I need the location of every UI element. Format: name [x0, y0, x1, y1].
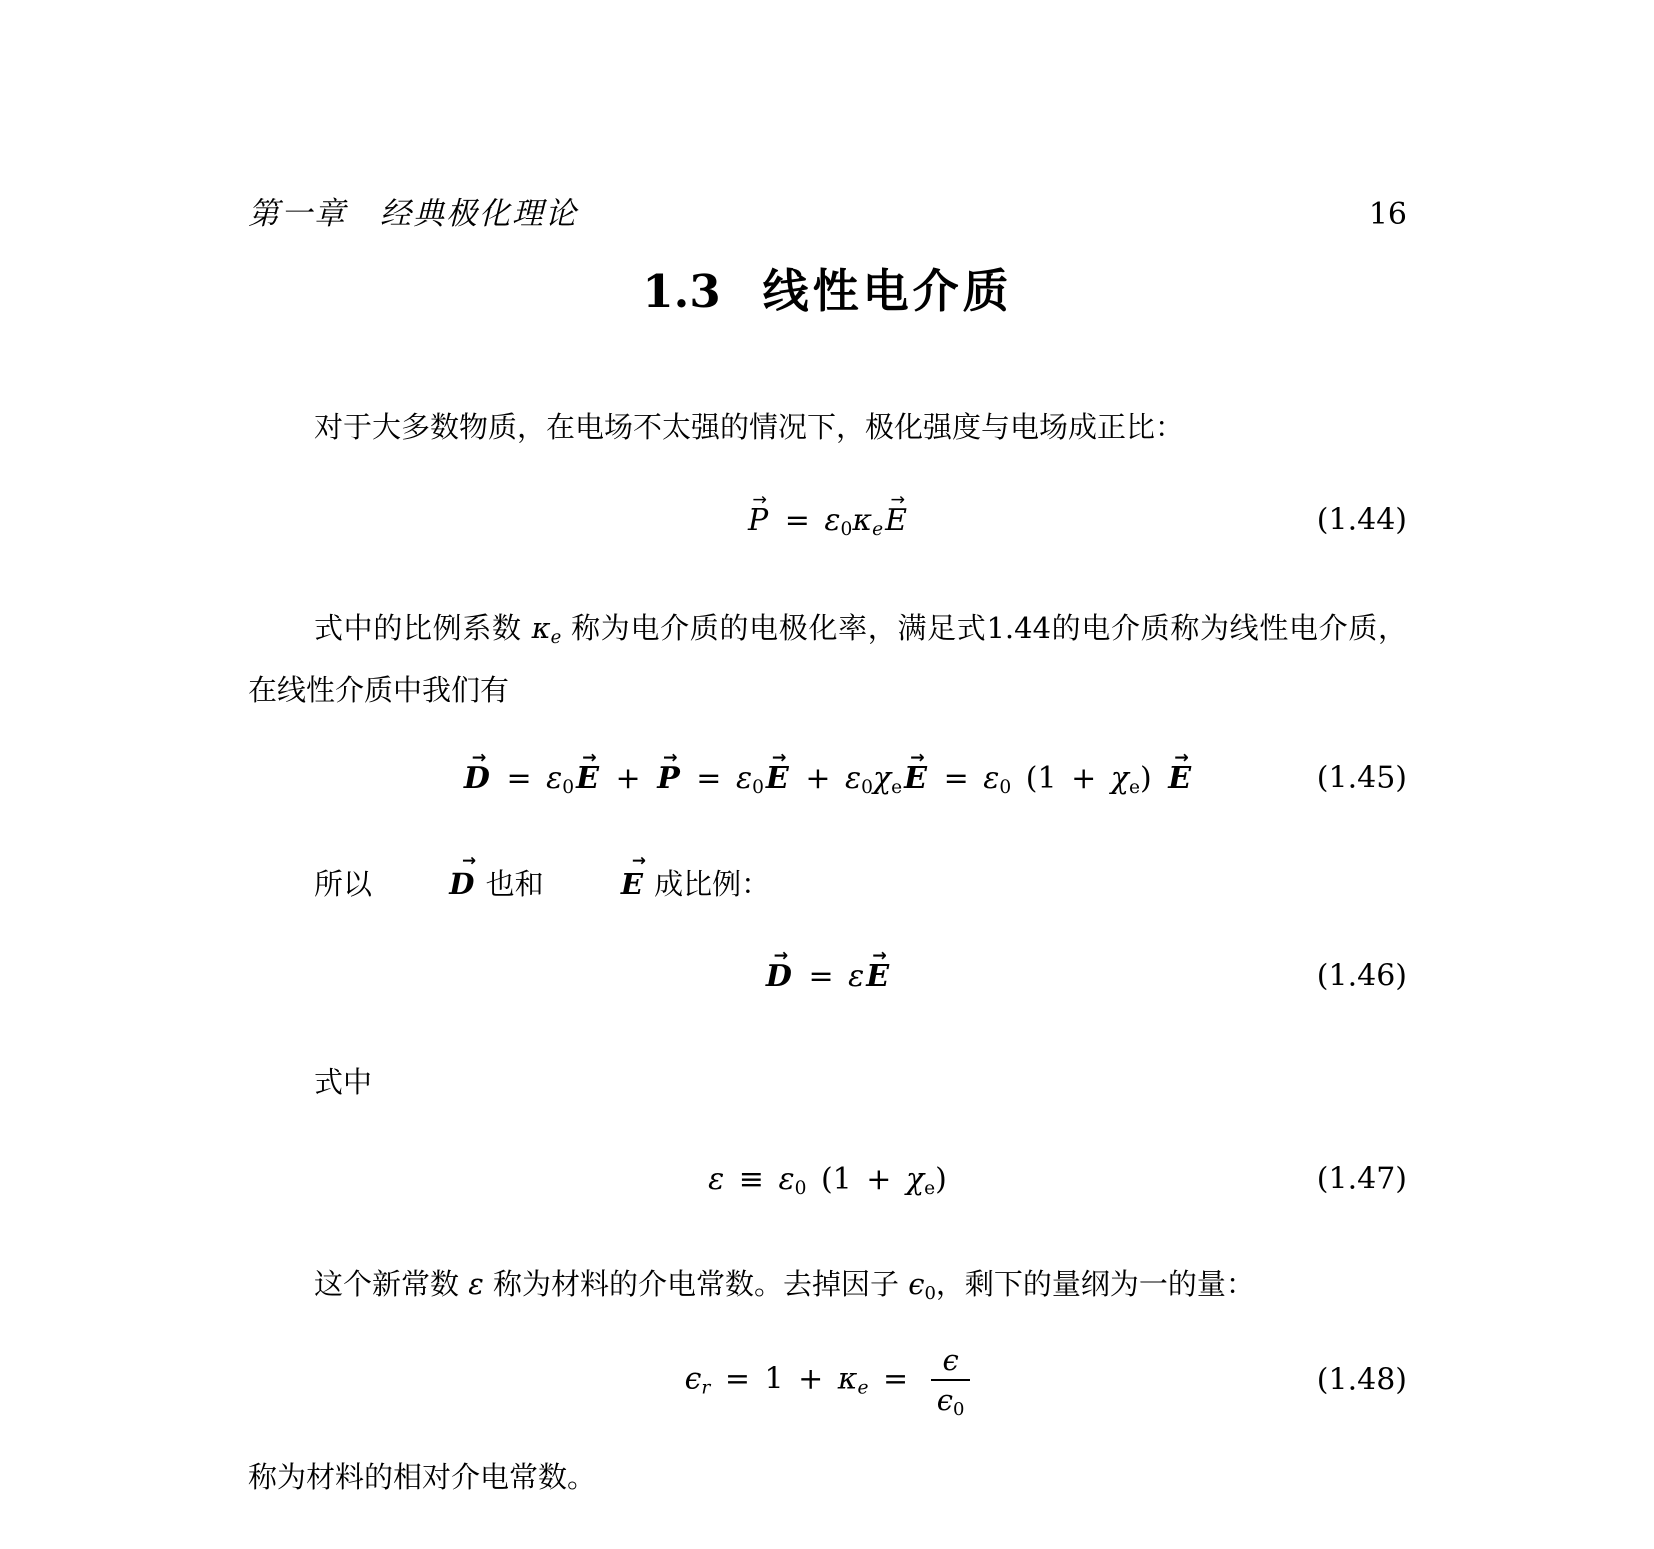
page-header: 第一章 经典极化理论 16	[248, 188, 1407, 233]
chapter-running-header: 第一章 经典极化理论	[248, 188, 578, 233]
vector-E: →E	[766, 761, 789, 796]
equation-number-1-44: (1.44)	[1317, 503, 1407, 538]
page-number: 16	[1369, 197, 1407, 232]
equation-row-1-48: ϵr = 1 + κe = ϵϵ0 (1.48)	[248, 1330, 1407, 1430]
vector-D: →D	[383, 862, 474, 906]
vector-arrow-icon: →	[872, 948, 887, 965]
vector-arrow-icon: →	[396, 852, 476, 869]
vector-arrow-icon: →	[1174, 750, 1189, 767]
equation-1-46: →D = ε→E	[764, 959, 891, 994]
equation-row-1-45: →D = ε0→E + →P = ε0→E + ε0χe→E = ε0 (1 +…	[248, 748, 1407, 808]
vector-arrow-icon: →	[910, 750, 925, 767]
vector-arrow-icon: →	[582, 750, 597, 767]
equation-number-1-46: (1.46)	[1317, 959, 1407, 994]
vector-arrow-icon: →	[774, 948, 789, 965]
equation-1-45: →D = ε0→E + →P = ε0→E + ε0χe→E = ε0 (1 +…	[462, 761, 1193, 796]
equation-row-1-47: ε ≡ ε0 (1 + χe) (1.47)	[248, 1151, 1407, 1207]
section-title: 1.3线性电介质	[248, 266, 1407, 317]
vector-P: →P	[748, 503, 768, 538]
equation-number-1-45: (1.45)	[1317, 761, 1407, 796]
vector-E: →E	[555, 862, 643, 906]
equation-number-1-48: (1.48)	[1317, 1363, 1407, 1398]
vector-D: →D	[464, 761, 490, 796]
paragraph-permittivity: 这个新常数 ε 称为材料的介电常数。去掉因子 ϵ0，剩下的量纲为一的量：	[248, 1262, 1407, 1306]
vector-arrow-icon: →	[566, 852, 646, 869]
vector-arrow-icon: →	[752, 492, 767, 509]
paragraph-susceptibility: 式中的比例系数 κe 称为电介质的电极化率，满足式1.44的电介质称为线性电介质…	[248, 597, 1407, 721]
equation-1-48: ϵr = 1 + κe = ϵϵ0	[685, 1345, 971, 1416]
paragraph-proportional: 所以 →D 也和 →E 成比例：	[248, 862, 1407, 906]
document-page: 第一章 经典极化理论 16 1.3线性电介质 对于大多数物质，在电场不太强的情况…	[0, 0, 1654, 1549]
paragraph-relative-permittivity: 称为材料的相对介电常数。	[248, 1455, 1407, 1499]
vector-arrow-icon: →	[663, 750, 678, 767]
vector-E: →E	[904, 761, 927, 796]
section-name: 线性电介质	[763, 264, 1013, 318]
vector-E: →E	[866, 959, 889, 994]
equation-1-44: →P = ε0κe→E	[746, 503, 909, 538]
equation-1-47: ε ≡ ε0 (1 + χe)	[708, 1162, 947, 1197]
vector-E: →E	[576, 761, 599, 796]
equation-row-1-46: →D = ε→E (1.46)	[248, 948, 1407, 1004]
section-number: 1.3	[642, 265, 720, 318]
paragraph-where: 式中	[248, 1060, 1407, 1104]
equation-row-1-44: →P = ε0κe→E (1.44)	[248, 492, 1407, 548]
paragraph-intro: 对于大多数物质，在电场不太强的情况下，极化强度与电场成正比：	[248, 405, 1407, 449]
fraction: ϵϵ0	[931, 1345, 971, 1416]
vector-P: →P	[657, 761, 680, 796]
equation-number-1-47: (1.47)	[1317, 1162, 1407, 1197]
vector-arrow-icon: →	[472, 750, 487, 767]
vector-arrow-icon: →	[772, 750, 787, 767]
vector-E: →E	[1168, 761, 1191, 796]
vector-D: →D	[766, 959, 792, 994]
vector-arrow-icon: →	[890, 492, 905, 509]
vector-E: →E	[885, 503, 907, 538]
